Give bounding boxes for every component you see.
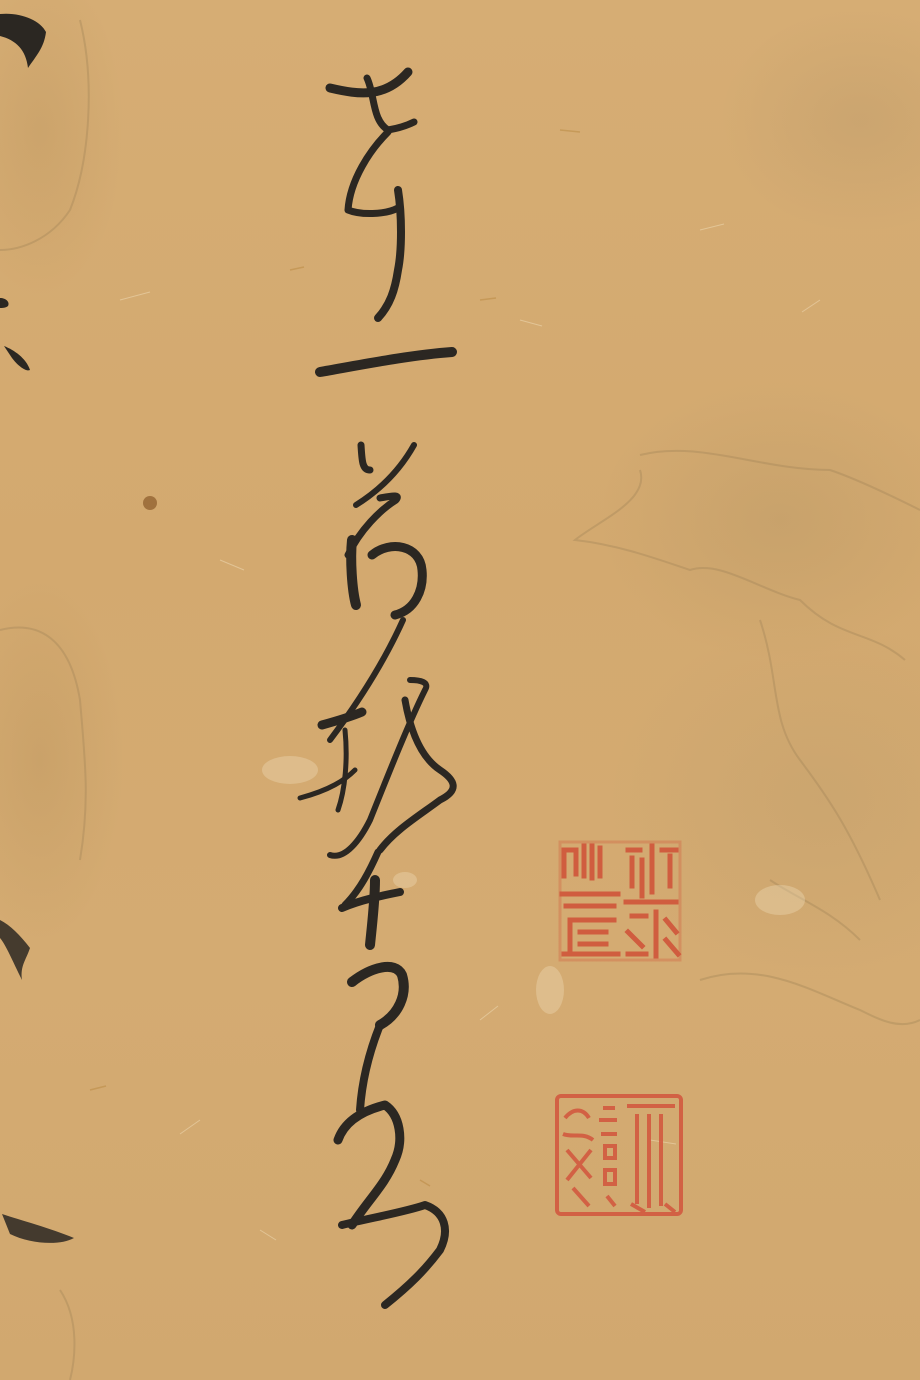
lower-seal (553, 1088, 685, 1220)
upper-seal (556, 836, 684, 966)
ink-stroke-fragment (2, 1214, 74, 1243)
ink-stroke-fragment (0, 14, 46, 68)
left-margin-strokes (0, 0, 920, 1380)
ink-stroke-fragment (0, 920, 30, 980)
ink-stroke-fragment (4, 346, 30, 370)
ink-stroke-fragment (0, 298, 9, 308)
calligraphy-scroll-paper: calligraphy-fragment (0, 0, 920, 1380)
